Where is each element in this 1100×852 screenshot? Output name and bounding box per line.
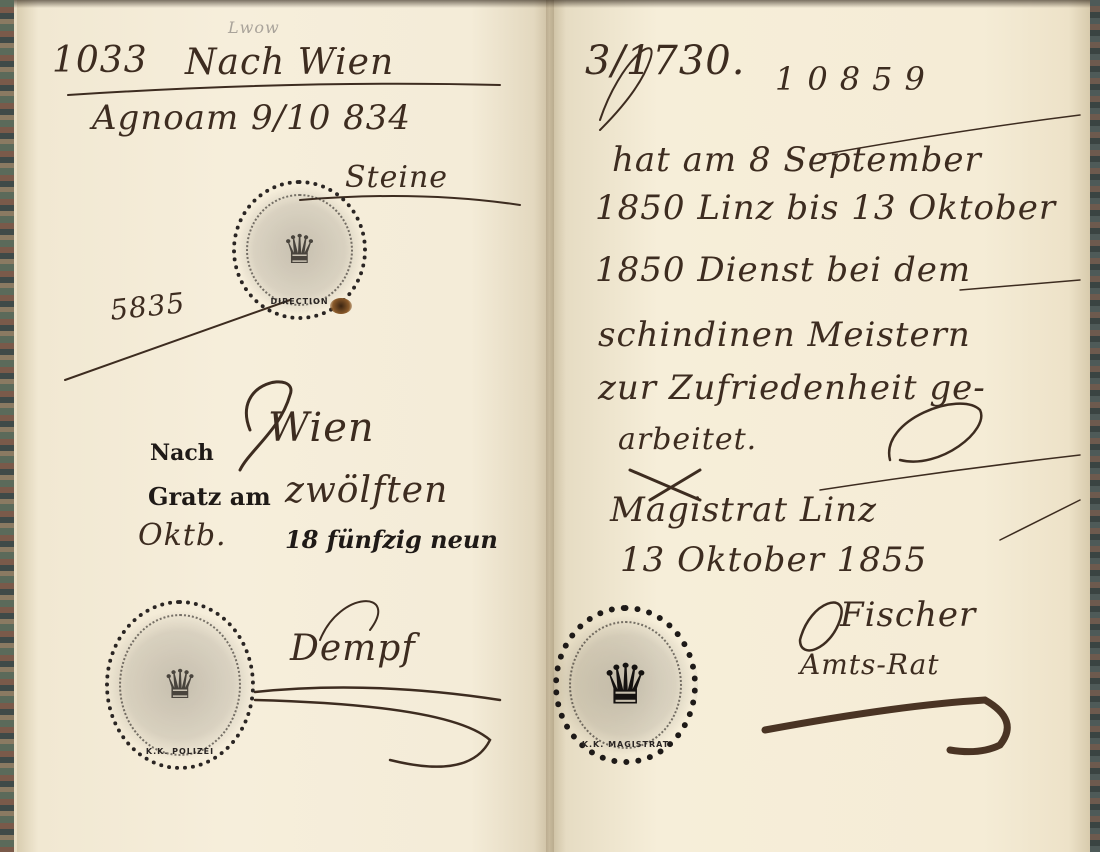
right-line-4: schindinen Meistern <box>598 315 971 355</box>
double-eagle-icon: ♛ <box>162 662 198 708</box>
pencil-note: Lwow <box>228 18 280 37</box>
visa-month: Oktb. <box>138 518 227 553</box>
stamp-gratz-am: Gratz am <box>148 482 271 511</box>
visa-day: zwölften <box>285 470 448 511</box>
visa-destination: Wien <box>268 405 375 451</box>
left-signature-bottom: Dempf <box>290 628 416 669</box>
left-line-1: Nach Wien <box>185 42 394 83</box>
right-line-2: 1850 Linz bis 13 Oktober <box>595 188 1056 228</box>
right-signature: Fischer <box>840 595 976 635</box>
stamp-year: 18 fünfzig neun <box>285 525 498 554</box>
left-entry-number: 1033 <box>52 40 148 81</box>
right-line-1: hat am 8 September <box>612 140 982 180</box>
official-seal-right: ♛ K.K. MAGISTRAT <box>553 605 698 765</box>
right-line-5: zur Zufriedenheit ge- <box>598 368 986 408</box>
left-signature-top: Steine <box>345 160 448 195</box>
right-line-7: Magistrat Linz <box>610 490 877 530</box>
double-eagle-icon: ♛ <box>282 227 318 273</box>
top-edge-shadow <box>14 0 1090 8</box>
book-gutter <box>546 0 554 852</box>
right-ref-number: 3/1730. <box>585 38 745 84</box>
right-signature-title: Amts-Rat <box>800 648 940 681</box>
burn-mark <box>330 298 352 314</box>
right-entry-number: 10859 <box>775 60 937 98</box>
right-line-8: 13 Oktober 1855 <box>620 540 927 580</box>
left-line-2: Agnoam 9/10 834 <box>92 98 411 138</box>
right-line-6: arbeitet. <box>618 422 757 457</box>
official-seal-bottom-left: ♛ K.K. POLIZEI <box>105 600 255 770</box>
open-booklet: Lwow 1033 Nach Wien Agnoam 9/10 834 Stei… <box>0 0 1100 852</box>
stamp-nach: Nach <box>150 440 214 466</box>
double-eagle-icon: ♛ <box>600 653 650 718</box>
right-line-3: 1850 Dienst bei dem <box>595 250 971 290</box>
